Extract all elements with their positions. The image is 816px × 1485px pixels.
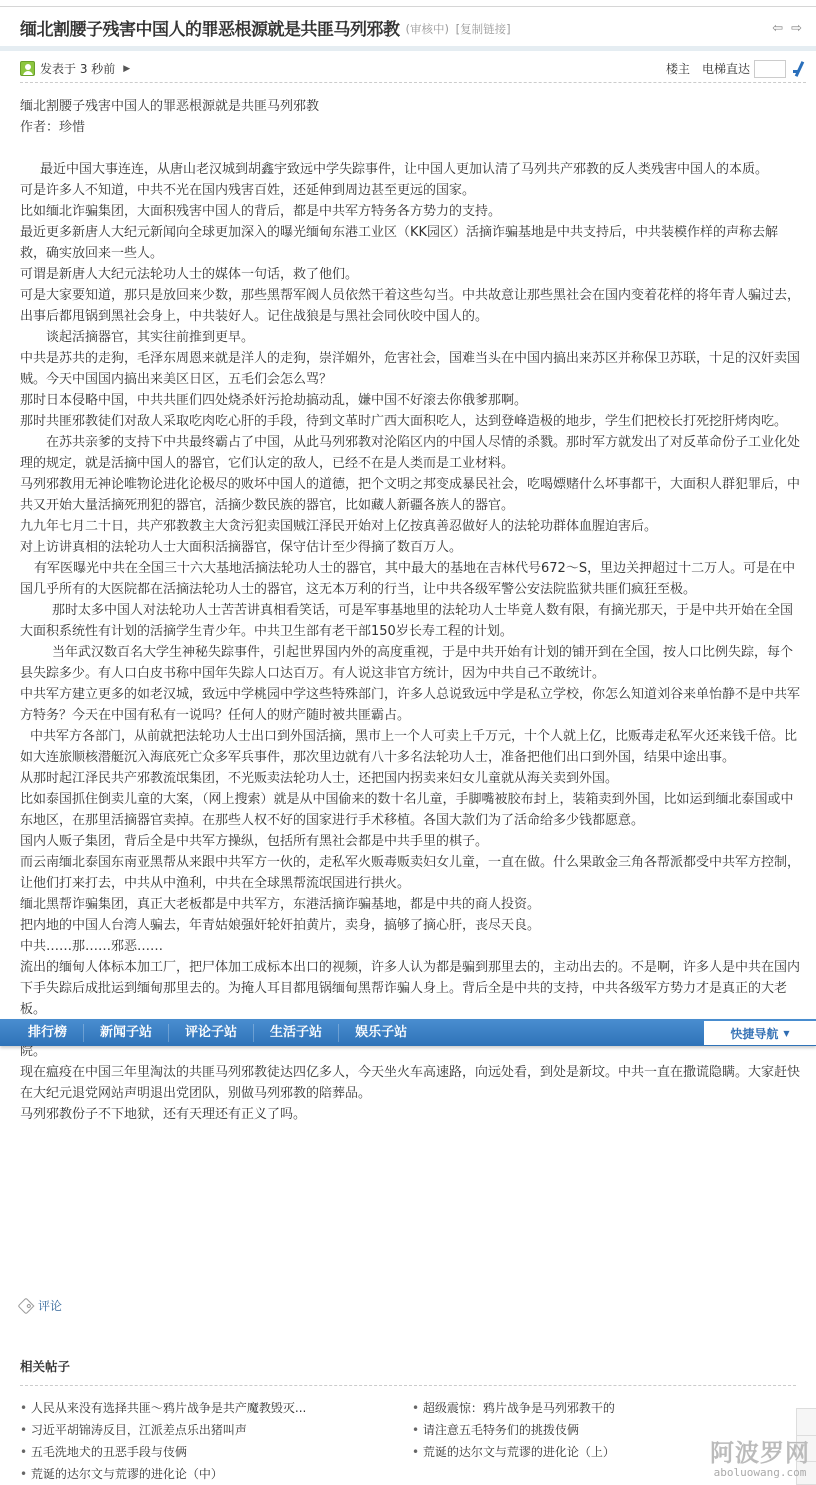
content-paragraph: 那时共匪邪教徒们对敌人采取吃肉吃心肝的手段，待到文革时广西大面积吃人，达到登峰造… [20,411,804,432]
content-paragraph: 那时太多中国人对法轮功人士苦苦讲真相看笑话，可是军事基地里的法轮功人士毕竟人数有… [20,600,804,642]
related-post-link[interactable]: 五毛洗地犬的丑恶手段与伎俩 [20,1441,410,1463]
nav-item-entertainment[interactable]: 娱乐子站 [339,1024,423,1042]
content-paragraph: 那时日本侵略中国，中共共匪们四处烧杀奸污抢劫搞动乱，嫌中国不好滚去你俄爹那啊。 [20,390,804,411]
author-only-link[interactable]: 楼主 [666,60,690,77]
arrow-right-icon[interactable]: ⇨ [791,21,802,36]
quick-nav-label: 快捷导航 [730,1025,778,1042]
copy-link-button[interactable]: [复制链接] [456,22,511,36]
comment-label: 评论 [38,1297,62,1314]
content-paragraph: 中共军方建立更多的如老汉城，致远中学桃园中学这些特殊部门，许多人总说致远中学是私… [20,684,804,726]
content-paragraph: 有军医曝光中共在全国三十六大基地活摘法轮功人士的器官，其中最大的基地在吉林代号6… [20,558,804,600]
widget-divider [797,1435,816,1436]
related-post-link[interactable]: 人民从来没有选择共匪～鸦片战争是共产魔教毁灭... [20,1397,410,1419]
content-paragraph: 缅北黑帮诈骗集团，真正大老板都是中共军方，东港活摘诈骗基地，都是中共的商人投资。 [20,894,804,915]
comment-button[interactable]: 评论 [20,1297,62,1314]
content-paragraph: 中共军方各部门，从前就把法轮功人士出口到外国活摘，黑市上一个人可卖上千万元，十个… [20,726,804,768]
content-paragraph: 流出的缅甸人体标本加工厂，把尸体加工成标本出口的视频，许多人认为都是骗到那里去的… [20,957,804,1020]
content-paragraph: 谈起活摘器官，其实往前推到更早。 [20,327,804,348]
nav-item-life[interactable]: 生活子站 [254,1024,339,1042]
content-paragraph: 可是许多人不知道，中共不光在国内残害百姓，还延伸到周边甚至更远的国家。 [20,180,804,201]
nav-item-rankings[interactable]: 排行榜 [0,1024,84,1042]
content-paragraph: 把内地的中国人台湾人骗去，年青姑娘强奸轮奸拍黄片，卖身，搞够了摘心肝，丧尽天良。 [20,915,804,936]
nav-item-news[interactable]: 新闻子站 [84,1024,169,1042]
related-post-link[interactable]: 习近平胡锦涛反目，江派差点乐出猪叫声 [20,1419,410,1441]
content-gap [20,138,804,159]
content-paragraph: 比如缅北诈骗集团，大面积残害中国人的背后，都是中共军方特务各方势力的支持。 [20,201,804,222]
tag-icon [18,1297,35,1314]
related-posts-title: 相关帖子 [20,1357,70,1375]
nav-item-commentary[interactable]: 评论子站 [169,1024,254,1042]
content-paragraph: 从那时起江泽民共产邪教流氓集团，不光贩卖法轮功人士，还把国内拐卖来妇女儿童就从海… [20,768,804,789]
post-content: 缅北割腰子残害中国人的罪恶根源就是共匪马列邪教 作者：珍惜 最近中国大事连连，从… [20,96,804,1125]
thread-meta: (审核中) [复制链接] [406,21,514,37]
content-paragraph: 可谓是新唐人大纪元法轮功人士的媒体一句话，救了他们。 [20,264,804,285]
post-header: 发表于 3 秒前 ▶ 楼主 电梯直达 [20,55,806,83]
review-status: (审核中) [406,22,449,36]
elevator-floor-input[interactable] [754,60,786,78]
caret-right-icon[interactable]: ▶ [123,64,130,74]
content-paragraph: 最近中国大事连连，从唐山老汉城到胡鑫宇致远中学失踪事件，让中国人更加认清了马列共… [20,159,804,180]
jump-icon[interactable] [792,61,806,77]
content-paragraph: 马列邪教份子不下地狱，还有天理还有正义了吗。 [20,1104,804,1125]
content-paragraph: 最近更多新唐人大纪元新闻向全球更加深入的曝光缅甸东港工业区（KK园区）活摘诈骗基… [20,222,804,264]
arrow-left-icon[interactable]: ⇦ [772,21,783,36]
site-watermark: 阿波罗网 aboluowang.com [710,1440,810,1479]
content-paragraph: 中共……那……邪恶…… [20,936,804,957]
content-paragraph: 缅北割腰子残害中国人的罪恶根源就是共匪马列邪教 [20,96,804,117]
related-post-link[interactable]: 荒诞的达尔文与荒谬的进化论（中） [20,1463,410,1485]
post-time: 发表于 3 秒前 [40,60,115,77]
related-post-link[interactable]: 超级震惊：鸦片战争是马列邪教干的 [412,1397,802,1419]
watermark-cn: 阿波罗网 [710,1440,810,1466]
content-paragraph: 比如泰国抓住倒卖儿童的大案，（网上搜索）就是从中国偷来的数十名儿童，手脚嘴被胶布… [20,789,804,831]
thread-title-bar: 缅北割腰子残害中国人的罪恶根源就是共匪马列邪教 (审核中) [复制链接] ⇦ ⇨ [0,8,816,46]
top-divider [0,6,816,7]
chevron-down-icon: ▼ [783,1029,789,1038]
related-post-link[interactable]: 请注意五毛特务们的挑拨伎俩 [412,1419,802,1441]
thread-title: 缅北割腰子残害中国人的罪恶根源就是共匪马列邪教 [20,15,400,40]
content-paragraph: 国内人贩子集团，背后全是中共军方操纵，包括所有黑社会都是中共手里的棋子。 [20,831,804,852]
content-paragraph: 可是大家要知道，那只是放回来少数，那些黑帮军阀人员依然干着这些勾当。中共故意让那… [20,285,804,327]
watermark-en: aboluowang.com [710,1466,810,1479]
content-paragraph: 九九年七月二十日，共产邪教教主大贪污犯卖国贼江泽民开始对上亿按真善忍做好人的法轮… [20,516,804,537]
user-avatar-icon [20,61,35,76]
related-posts-left: 人民从来没有选择共匪～鸦片战争是共产魔教毁灭... 习近平胡锦涛反目，江派差点乐… [20,1397,410,1485]
content-paragraph: 现在瘟疫在中国三年里淘汰的共匪马列邪教徒达四亿多人，今天坐火车高速路，向远处看，… [20,1062,804,1104]
post-tools: 楼主 电梯直达 [666,60,806,78]
content-paragraph: 马列邪教用无神论唯物论进化论极尽的败坏中国人的道德，把个文明之邦变成暴民社会，吃… [20,474,804,516]
content-paragraph: 在苏共亲爹的支持下中共最终霸占了中国，从此马列邪教对沦陷区内的中国人尽情的杀戮。… [20,432,804,474]
content-paragraph: 作者：珍惜 [20,117,804,138]
quick-nav-button[interactable]: 快捷导航 ▼ [704,1021,816,1045]
content-paragraph: 当年武汉数百名大学生神秘失踪事件，引起世界国内外的高度重视，于是中共开始有计划的… [20,642,804,684]
content-paragraph: 中共是苏共的走狗，毛泽东周恩来就是洋人的走狗，崇洋媚外，危害社会，国难当头在中国… [20,348,804,390]
content-paragraph: 而云南缅北泰国东南亚黑帮从来跟中共军方一伙的，走私军火贩毒贩卖妇女儿童，一直在做… [20,852,804,894]
related-divider [20,1385,796,1386]
title-separator [0,46,816,51]
content-paragraph: 对上访讲真相的法轮功人士大面积活摘器官，保守估计至少得摘了数百万人。 [20,537,804,558]
thread-nav: ⇦ ⇨ [772,21,802,36]
elevator-label: 电梯直达 [702,60,750,77]
site-nav-bar: 排行榜 新闻子站 评论子站 生活子站 娱乐子站 快捷导航 ▼ [0,1019,816,1046]
